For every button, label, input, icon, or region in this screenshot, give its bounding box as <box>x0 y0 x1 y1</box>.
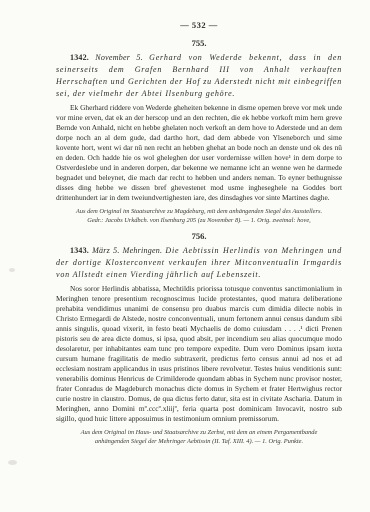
entry-number-756: 756. <box>56 231 342 241</box>
source-line: anhängenden Siegel der Mehringer Aebtiss… <box>56 438 342 447</box>
source-line: Aus dem Original im Staatsarchive zu Mag… <box>56 208 342 217</box>
source-line: Aus dem Original im Haus- und Staatsarch… <box>56 429 342 438</box>
page-number: — 532 — <box>56 20 342 30</box>
regest-year: 1342. <box>70 53 89 62</box>
charter-entry-756: 756. 1343. März 5. Mehringen. Die Aebtis… <box>56 231 342 446</box>
charter-text-755: Ek Gherhard riddere von Wederde gheheite… <box>56 103 342 203</box>
source-note-755: Aus dem Original im Staatsarchive zu Mag… <box>56 208 342 225</box>
regest-year: 1343. <box>70 246 89 255</box>
regest-755: 1342. November 5. Gerhard von Wederde be… <box>56 52 342 100</box>
charter-text-756: Nos soror Herlindis abbatissa, Mechtildi… <box>56 284 342 424</box>
scan-artifact <box>9 268 15 272</box>
source-line: Gedr.: Jacobs Urkdbch. von Ilsenburg 205… <box>56 217 342 226</box>
regest-date: November 5. <box>95 53 143 62</box>
book-page: — 532 — 755. 1342. November 5. Gerhard v… <box>0 0 370 512</box>
scan-artifact <box>8 460 17 465</box>
entry-number-755: 755. <box>56 38 342 48</box>
regest-date: März 5. Mehringen. <box>92 246 162 255</box>
source-note-756: Aus dem Original im Haus- und Staatsarch… <box>56 429 342 446</box>
charter-entry-755: 755. 1342. November 5. Gerhard von Weder… <box>56 38 342 225</box>
regest-756: 1343. März 5. Mehringen. Die Aebtissin H… <box>56 245 342 281</box>
